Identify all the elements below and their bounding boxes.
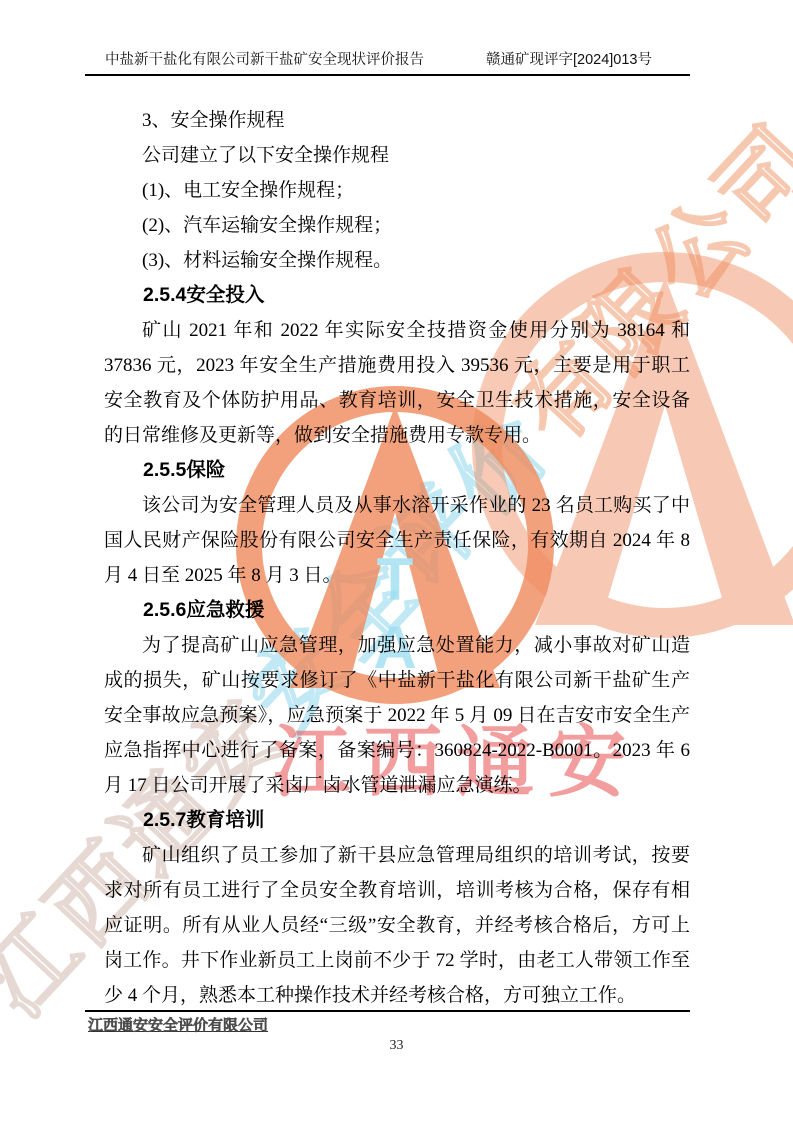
list-item: (3)、材料运输安全操作规程。 [104, 243, 690, 278]
section-heading-2-5-7: 2.5.7教育培训 [104, 803, 690, 838]
paragraph-insurance: 该公司为安全管理人员及从事水溶开采作业的 23 名员工购买了中国人民财产保险股份… [104, 488, 690, 593]
list-item: (1)、电工安全操作规程； [104, 173, 690, 208]
section-heading-2-5-5: 2.5.5保险 [104, 453, 690, 488]
paragraph-safety-investment: 矿山 2021 年和 2022 年实际安全技措资金使用分别为 38164 和 3… [104, 313, 690, 453]
paragraph: 公司建立了以下安全操作规程 [104, 138, 690, 173]
paragraph-education-training: 矿山组织了员工参加了新干县应急管理局组织的培训考试，按要求对所有员工进行了全员安… [104, 838, 690, 1013]
section-heading-2-5-6: 2.5.6应急救援 [104, 593, 690, 628]
footer-company-name: 江西通安安全评价有限公司 [88, 1014, 268, 1035]
content-layer: 中盐新干盐化有限公司新干盐矿安全现状评价报告 赣通矿现评字[2024]013号 … [0, 0, 793, 1122]
header-doc-number: 赣通矿现评字[2024]013号 [486, 48, 690, 69]
list-item: (2)、汽车运输安全操作规程； [104, 208, 690, 243]
paragraph-emergency-rescue: 为了提高矿山应急管理，加强应急处置能力，减小事故对矿山造成的损失，矿山按要求修订… [104, 628, 690, 803]
footer-rule [85, 1010, 690, 1012]
document-body: 3、安全操作规程 公司建立了以下安全操作规程 (1)、电工安全操作规程； (2)… [104, 103, 690, 1013]
section-heading-2-5-4: 2.5.4安全投入 [104, 278, 690, 313]
page-number: 33 [0, 1038, 793, 1054]
header-report-title: 中盐新干盐化有限公司新干盐矿安全现状评价报告 [85, 48, 424, 69]
list-item: 3、安全操作规程 [104, 103, 690, 138]
report-page: 江西通安安全评价有限公司 T A 江西通安 中盐新干盐化有限公司新干盐矿安全现状… [0, 0, 793, 1122]
page-header: 中盐新干盐化有限公司新干盐矿安全现状评价报告 赣通矿现评字[2024]013号 [85, 48, 690, 76]
